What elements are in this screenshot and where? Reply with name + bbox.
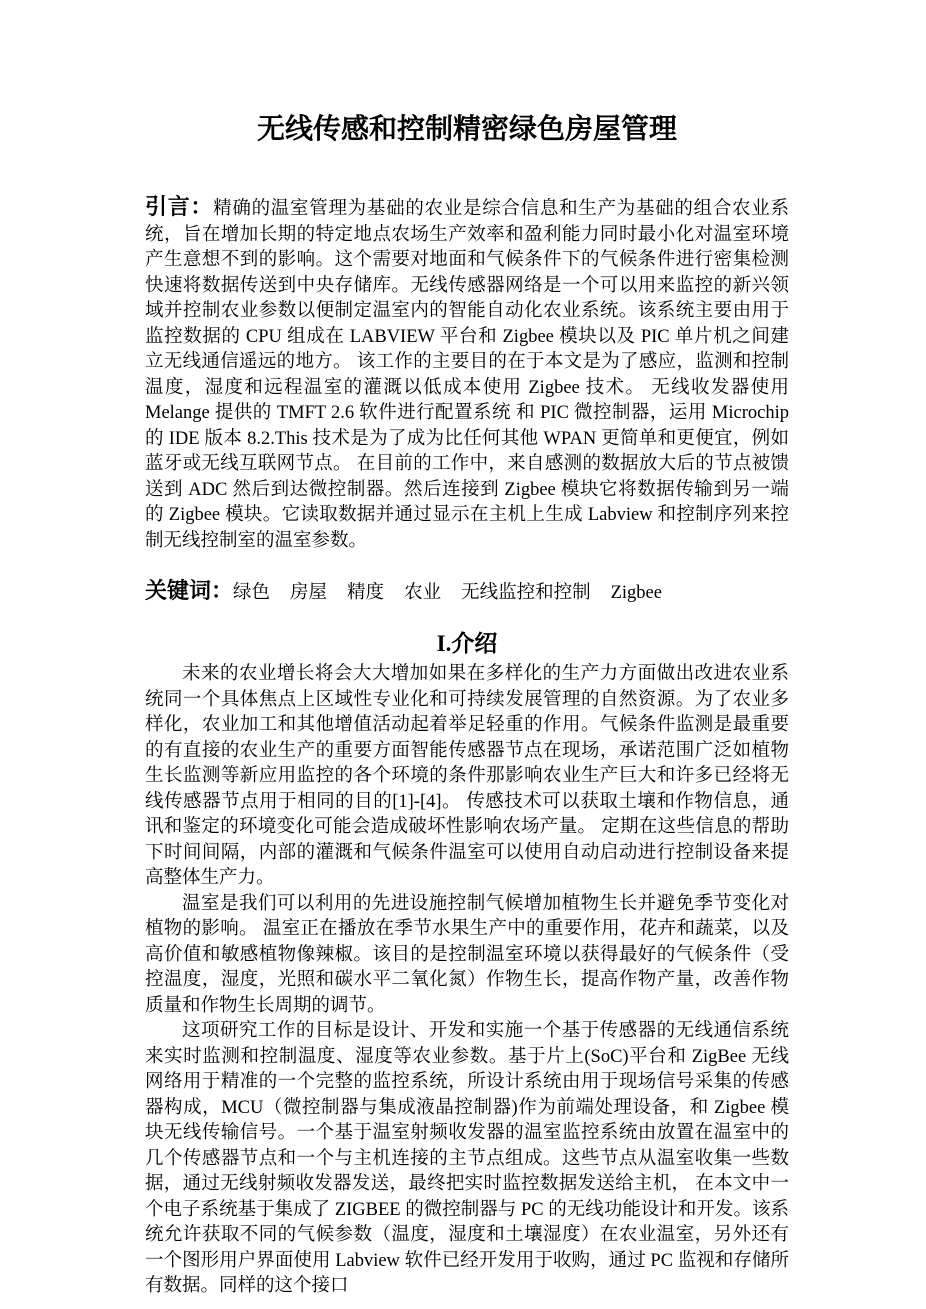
- keyword-item: 无线监控和控制: [461, 583, 591, 603]
- section-1-paragraph: 这项研究工作的目标是设计、开发和实施一个基于传感器的无线通信系统来实时监测和控制…: [145, 1019, 789, 1300]
- keyword-item: 农业: [404, 583, 441, 603]
- section-1-heading: I.介绍: [145, 628, 789, 659]
- page-title: 无线传感和控制精密绿色房屋管理: [145, 112, 789, 148]
- abstract-text: 精确的温室管理为基础的农业是综合信息和生产为基础的组合农业系统，旨在增加长期的特…: [145, 199, 789, 551]
- keyword-item: Zigbee: [611, 583, 662, 603]
- keyword-item: 绿色: [233, 583, 270, 603]
- abstract-paragraph: 引言：精确的温室管理为基础的农业是综合信息和生产为基础的组合农业系统，旨在增加长…: [145, 194, 789, 554]
- keywords-line: 关键词：绿色房屋精度农业无线监控和控制Zigbee: [145, 576, 789, 608]
- section-1-paragraph: 未来的农业增长将会大大增加如果在多样化的生产力方面做出改进农业系统同一个具体焦点…: [145, 662, 789, 892]
- keywords-label: 关键词：: [145, 578, 233, 603]
- keyword-item: 精度: [347, 583, 384, 603]
- abstract-label: 引言：: [145, 194, 213, 219]
- section-1-paragraph: 温室是我们可以利用的先进设施控制气候增加植物生长并避免季节变化对植物的影响。 温…: [145, 892, 789, 1020]
- document-page: 无线传感和控制精密绿色房屋管理 引言：精确的温室管理为基础的农业是综合信息和生产…: [0, 0, 926, 1309]
- keyword-item: 房屋: [290, 583, 327, 603]
